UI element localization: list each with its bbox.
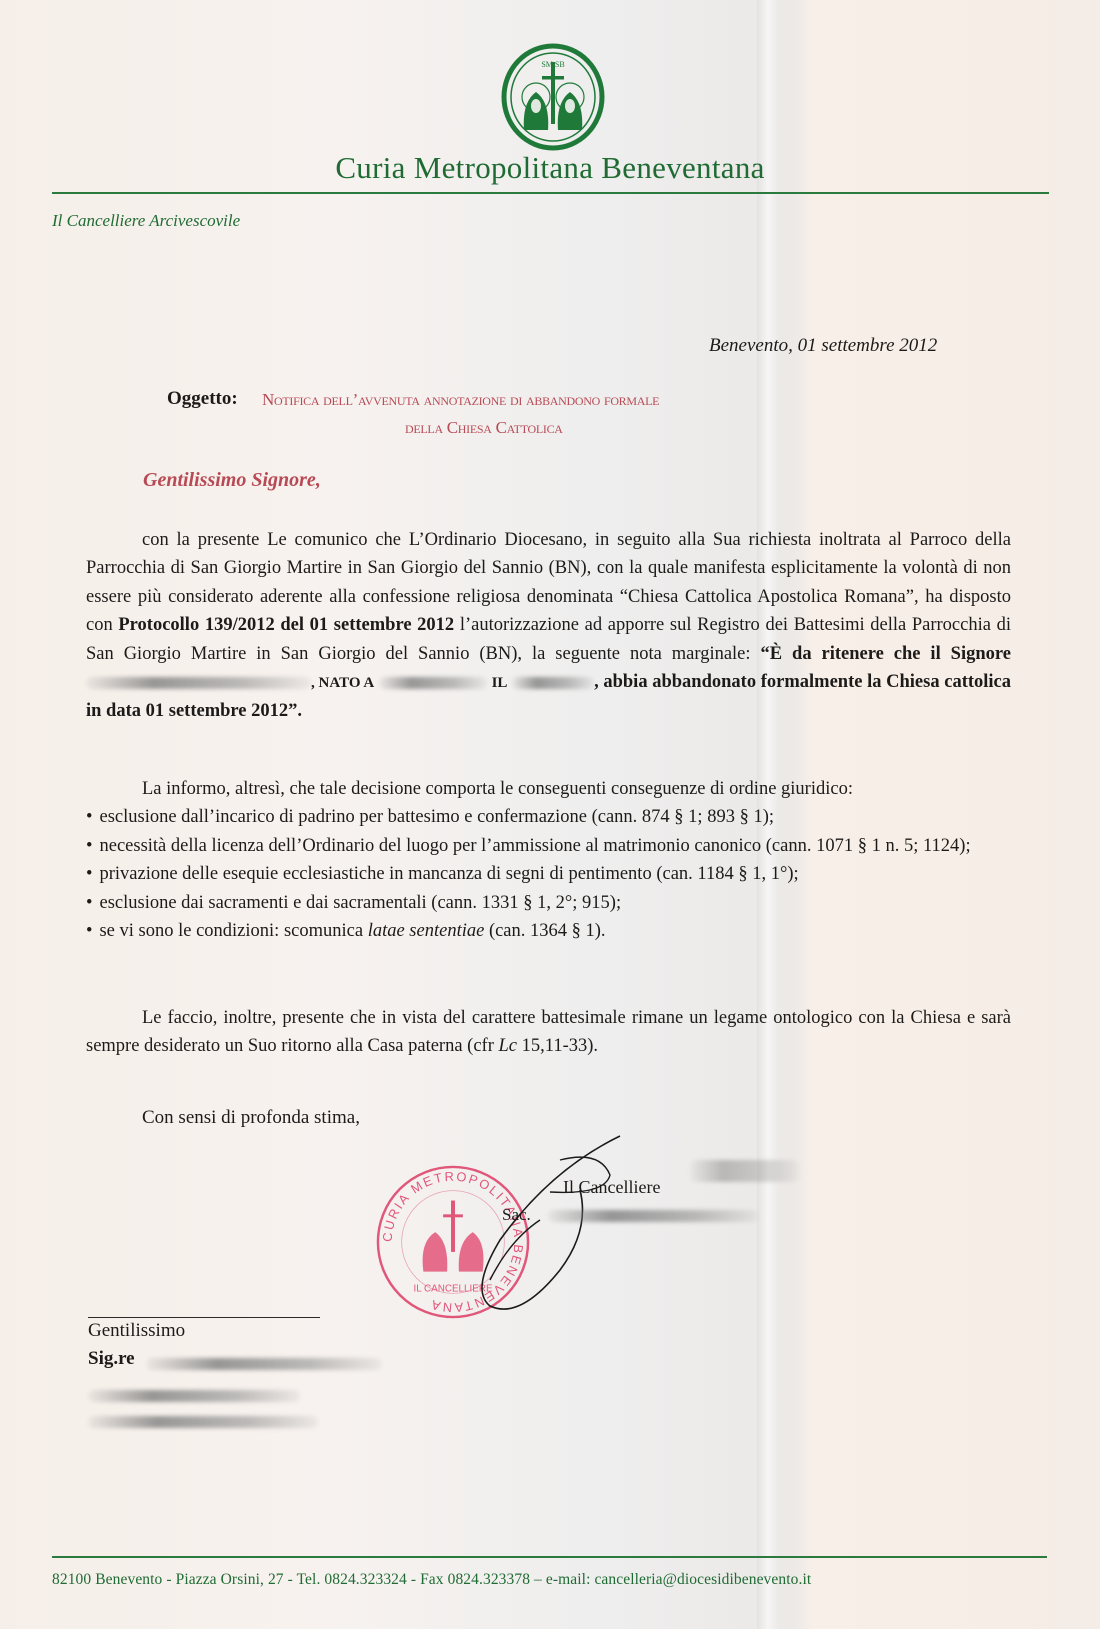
list-item: privazione delle esequie ecclesiastiche … [86,860,1011,888]
date-line: Benevento, 01 settembre 2012 [709,335,937,357]
redacted-recipient-address [88,1390,300,1402]
subject-line-2: della Chiesa Cattolica [405,418,563,438]
redacted-birthplace [379,677,487,689]
organization-title: Curia Metropolitana Beneventana [0,150,1100,186]
redacted-signature-area [690,1160,800,1182]
list-item: se vi sono le condizioni: scomunica lata… [86,917,1011,945]
footer-contact: 82100 Benevento - Piazza Orsini, 27 - Te… [52,1571,811,1589]
paragraph-text: 15,11-33). [517,1036,598,1056]
header-divider [52,192,1049,194]
footer-divider [52,1556,1047,1558]
redacted-signer-name [548,1210,758,1222]
recipient-prefix: Sig.re [88,1348,135,1370]
redacted-birthdate [512,677,594,689]
closing-line: Con sensi di profonda stima, [142,1107,360,1129]
paragraph-consequences: La informo, altresì, che tale decisione … [86,775,1011,945]
recipient-greeting: Gentilissimo [88,1320,185,1342]
marginal-note-on: IL [492,675,508,691]
list-item-text: se vi sono le condizioni: scomunica [99,921,367,941]
latin-term: latae sententiae [368,921,485,941]
paragraph-return: Le faccio, inoltre, presente che in vist… [86,1004,1011,1061]
consequences-intro: La informo, altresì, che tale decisione … [142,779,853,799]
handwritten-signature [430,1130,650,1320]
consequences-list: esclusione dall’incarico di padrino per … [86,803,1011,945]
redacted-recipient-name [146,1358,382,1370]
paragraph-notification: con la presente Le comunico che L’Ordina… [86,526,1011,726]
marginal-note-born: , NATO A [311,675,374,691]
list-item: necessità della licenza dell’Ordinario d… [86,832,1011,860]
salutation: Gentilissimo Signore, [143,469,321,492]
seal-logo-icon: SM SB [498,42,608,152]
marginal-note-start: “È da ritenere che il Signore [760,644,1011,664]
protocol-reference: Protocollo 139/2012 del 01 settembre 201… [118,615,454,635]
redacted-recipient-city [88,1416,318,1428]
signer-name-prefix: Sac. [502,1205,531,1225]
list-item: esclusione dall’incarico di padrino per … [86,803,1011,831]
office-subtitle: Il Cancelliere Arcivescovile [52,211,240,231]
scripture-reference: Lc [499,1036,518,1056]
redacted-name [86,677,311,689]
subject-label: Oggetto: [167,388,238,410]
signer-title: Il Cancelliere [563,1177,660,1198]
recipient-divider [88,1317,320,1318]
list-item: esclusione dai sacramenti e dai sacramen… [86,889,1011,917]
subject-line-1: Notifica dell’avvenuta annotazione di ab… [262,390,659,410]
list-item-text: (can. 1364 § 1). [484,921,605,941]
